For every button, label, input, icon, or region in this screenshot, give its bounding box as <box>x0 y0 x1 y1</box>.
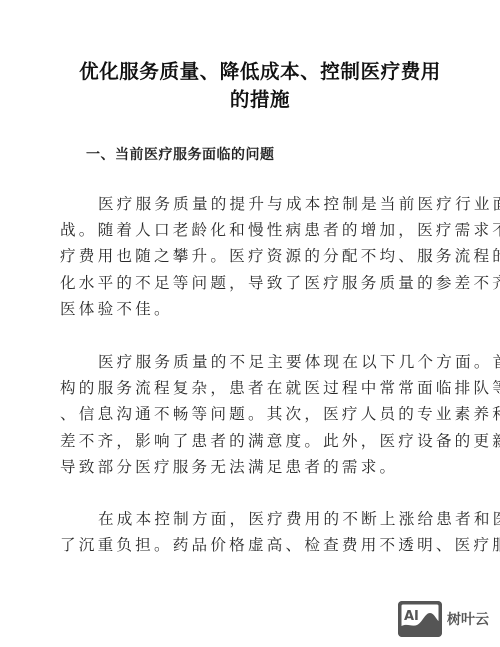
section-heading: 一、当前医疗服务面临的问题 <box>86 143 275 167</box>
paragraph-line: 医疗服务质量的不足主要体现在以下几个方面。首先，医疗机 <box>60 349 450 375</box>
paragraph-line: 疗费用也随之攀升。医疗资源的分配不均、服务流程的低效、信息 <box>60 243 450 269</box>
paragraph-3: 在成本控制方面，医疗费用的不断上涨给患者和医疗机构带来 了沉重负担。药品价格虚高… <box>60 506 450 558</box>
paragraph-line: 了沉重负担。药品价格虚高、检查费用不透明、医疗服务项目繁多 <box>60 532 450 558</box>
paragraph-line: 差不齐，影响了患者的满意度。此外，医疗设备的更新换代滞后， <box>60 428 450 454</box>
paragraph-2: 医疗服务质量的不足主要体现在以下几个方面。首先，医疗机 构的服务流程复杂，患者在… <box>60 349 450 480</box>
paragraph-line: 在成本控制方面，医疗费用的不断上涨给患者和医疗机构带来 <box>60 506 450 532</box>
paragraph-line: 医体验不佳。 <box>60 296 450 322</box>
watermark-brand: 树叶云 <box>447 609 489 629</box>
watermark: AI 树叶云 <box>398 600 494 638</box>
paragraph-line: 导致部分医疗服务无法满足患者的需求。 <box>60 454 450 480</box>
paragraph-line: 医疗服务质量的提升与成本控制是当前医疗行业面临的主要挑 <box>60 191 450 217</box>
document-title: 优化服务质量、降低成本、控制医疗费用 的措施 <box>60 58 460 114</box>
paragraph-line: 战。随着人口老龄化和慢性病患者的增加，医疗需求不断上升，医 <box>60 217 450 243</box>
document-page: 优化服务质量、降低成本、控制医疗费用 的措施 一、当前医疗服务面临的问题 医疗服… <box>0 0 500 647</box>
ai-image-logo-icon: AI <box>398 601 442 637</box>
title-line-1: 优化服务质量、降低成本、控制医疗费用 <box>60 58 460 86</box>
title-line-2: 的措施 <box>60 86 460 114</box>
paragraph-1: 医疗服务质量的提升与成本控制是当前医疗行业面临的主要挑 战。随着人口老龄化和慢性… <box>60 191 450 322</box>
paragraph-line: 化水平的不足等问题，导致了医疗服务质量的参差不齐，患者的就 <box>60 270 450 296</box>
paragraph-line: 构的服务流程复杂，患者在就医过程中常常面临排队等候时间过长 <box>60 375 450 401</box>
paragraph-line: 、信息沟通不畅等问题。其次，医疗人员的专业素养和服务意识参 <box>60 401 450 427</box>
svg-text:AI: AI <box>404 609 419 624</box>
